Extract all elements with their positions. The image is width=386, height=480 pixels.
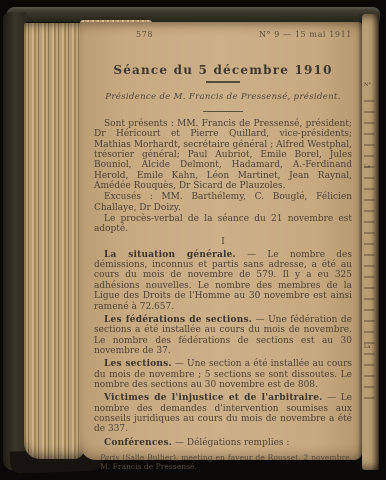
item-les-sections: Les sections. — Une section a été instal… bbox=[94, 359, 352, 390]
page-header: 578 N° 9 — 15 mai 1911 bbox=[94, 30, 352, 39]
item-lead: Conférences. bbox=[104, 438, 172, 448]
facing-fragment: La bbox=[364, 344, 370, 350]
attendees-paragraph: Sont présents : MM. Francis de Pressensé… bbox=[94, 119, 352, 191]
page-content: 578 N° 9 — 15 mai 1911 Séance du 5 décem… bbox=[80, 22, 362, 472]
footnote-text: (Salle Bullier), meeting en faveur de Ro… bbox=[100, 453, 352, 471]
presidency-line: Présidence de M. Francis de Pressensé, p… bbox=[94, 92, 352, 102]
conference-footnote: Paris (Salle Bullier), meeting en faveur… bbox=[94, 453, 352, 472]
item-lead: Les fédérations de sections. bbox=[104, 315, 252, 325]
session-title: Séance du 5 décembre 1910 bbox=[94, 63, 352, 77]
item-victimes-injustice: Victimes de l'injustice et de l'arbitrai… bbox=[94, 393, 352, 434]
separator-rule bbox=[203, 111, 243, 112]
scanned-book-photo: 578 N° 9 — 15 mai 1911 Séance du 5 décem… bbox=[0, 0, 386, 480]
facing-fragment: Le bbox=[364, 164, 370, 170]
item-federations-de-sections: Les fédérations de sections. — Une fédér… bbox=[94, 315, 352, 356]
facing-page-text-lines bbox=[364, 100, 375, 400]
book-cover-top-edge bbox=[6, 7, 380, 22]
facing-page-sliver: N° Le La bbox=[362, 14, 379, 470]
item-conferences: Conférences. — Délégations remplies : bbox=[94, 438, 352, 448]
issue-label: N° 9 — 15 mai 1911 bbox=[259, 30, 352, 39]
page-block-fore-edge bbox=[24, 23, 84, 459]
title-rule bbox=[206, 81, 240, 83]
excused-paragraph: Excusés : MM. Barthélemy, C. Bouglé, Fél… bbox=[94, 192, 352, 213]
item-lead: Les sections. bbox=[104, 359, 172, 369]
item-text: — Délégations remplies : bbox=[175, 438, 289, 448]
facing-fragment: N° bbox=[364, 82, 371, 88]
item-text: — Le nombre des démissions, inconnus et … bbox=[94, 250, 352, 312]
page-number: 578 bbox=[136, 30, 153, 39]
item-lead: Victimes de l'injustice et de l'arbitrai… bbox=[104, 393, 322, 403]
book-cover-left-board bbox=[3, 12, 26, 470]
minutes-paragraph: Le procès-verbal de la séance du 21 nove… bbox=[94, 214, 352, 235]
item-situation-generale: La situation générale. — Le nombre des d… bbox=[94, 250, 352, 312]
book-page: 578 N° 9 — 15 mai 1911 Séance du 5 décem… bbox=[80, 22, 362, 460]
footnote-place: Paris bbox=[100, 453, 119, 462]
section-marker: I bbox=[94, 237, 352, 247]
item-lead: La situation générale. bbox=[104, 250, 236, 260]
